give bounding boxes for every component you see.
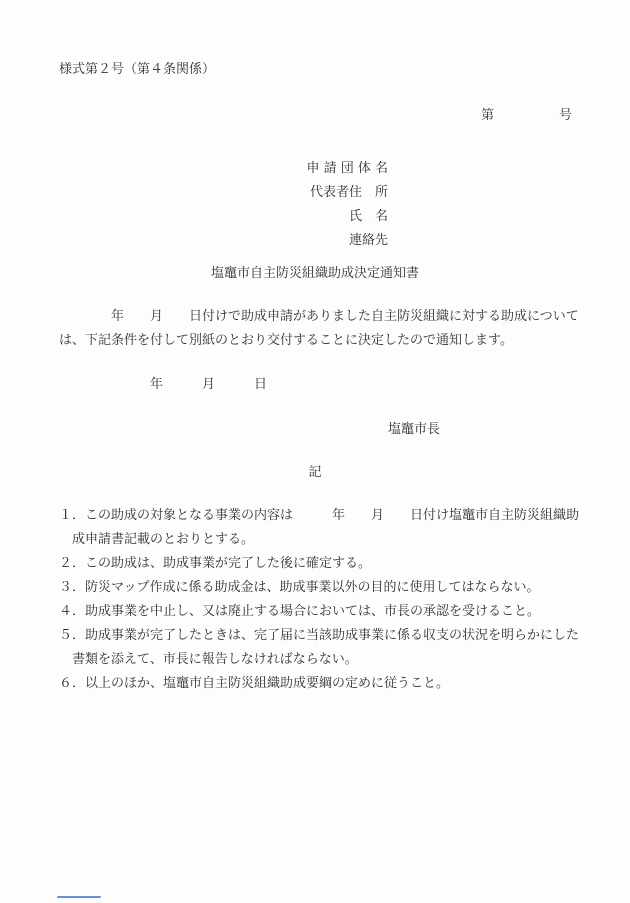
document-number-line: 第 号 [0,104,572,128]
bottom-blue-mark [57,896,101,898]
note-item-2: ２．この助成は、助成事業が完了した後に確定する。 [59,552,591,576]
document-page: 様式第２号（第４条関係） 第 号 申 請 団 体 名 代表者住 所 氏 名 連絡… [0,0,630,903]
document-title: 塩竈市自主防災組織助成決定通知書 [0,262,630,286]
body-paragraph: 年 月 日付けで助成申請がありました自主防災組織に対する助成について は、下記条… [59,305,591,353]
ki-heading: 記 [0,461,630,485]
notes-list: １．この助成の対象となる事業の内容は 年 月 日付け塩竈市自主防災組織助 成申請… [59,504,591,696]
form-number-label: 様式第２号（第４条関係） [59,58,215,82]
contact-label: 連絡先 [60,229,388,253]
note-item-5: ５．助成事業が完了したときは、完了届に当該助成事業に係る収支の状況を明らかにした… [59,624,591,672]
note-item-6: ６．以上のほか、塩竈市自主防災組織助成要綱の定めに従うこと。 [59,672,591,696]
applicant-org-name-label: 申 請 団 体 名 [60,157,388,181]
applicant-block: 申 請 団 体 名 代表者住 所 氏 名 連絡先 [60,157,388,253]
note-item-4: ４．助成事業を中止し、又は廃止する場合においては、市長の承認を受けること。 [59,600,591,624]
note-item-1: １．この助成の対象となる事業の内容は 年 月 日付け塩竈市自主防災組織助 成申請… [59,504,591,552]
representative-address-label: 代表者住 所 [60,181,388,205]
mayor-signature: 塩竈市長 [0,418,630,442]
representative-name-label: 氏 名 [60,205,388,229]
note-item-3: ３．防災マップ作成に係る助成金は、助成事業以外の目的に使用してはならない。 [59,576,591,600]
date-line: 年 月 日 [59,373,267,397]
